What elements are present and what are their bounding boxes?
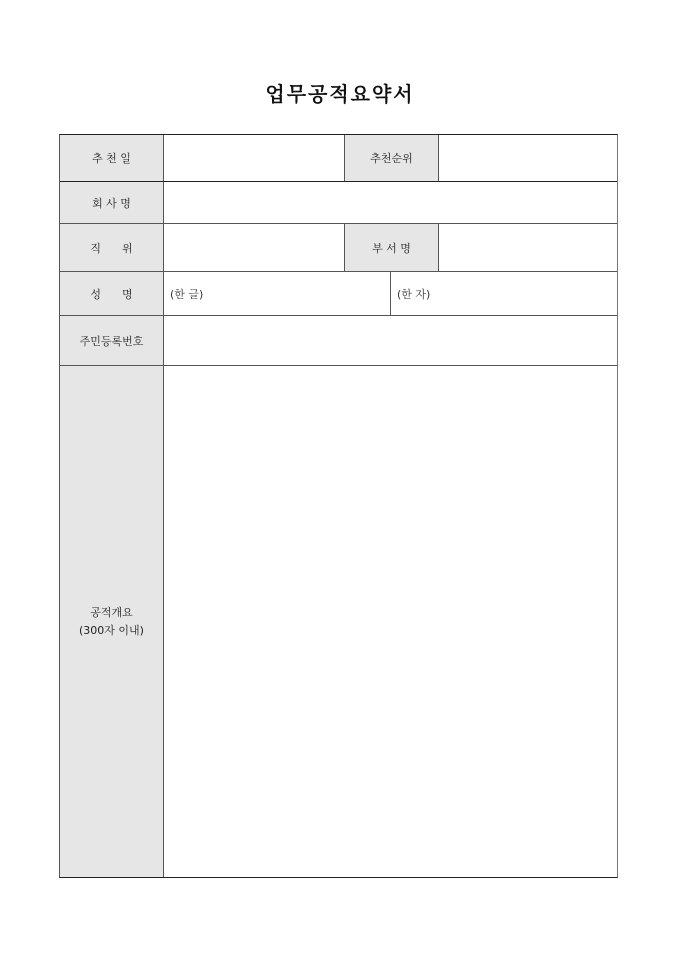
achievement-summary-label: 공적개요 (300자 이내) (60, 366, 164, 877)
recommend-rank-field[interactable] (439, 135, 617, 181)
achievement-summary-field[interactable] (164, 366, 617, 877)
position-field[interactable] (164, 224, 344, 271)
recommend-date-field[interactable] (164, 135, 344, 181)
row-name: 성 명 (한 글) (한 자) (60, 272, 617, 316)
document-title: 업무공적요약서 (0, 78, 680, 107)
row-recommend: 추 천 일 추천순위 (60, 135, 617, 182)
name-label: 성 명 (60, 272, 164, 315)
department-label: 부 서 명 (344, 224, 439, 271)
name-hanja-field[interactable]: (한 자) (390, 272, 617, 315)
name-hanja-placeholder: (한 자) (397, 286, 430, 302)
resident-number-field[interactable] (164, 316, 617, 365)
row-resident-number: 주민등록번호 (60, 316, 617, 366)
row-achievement-summary: 공적개요 (300자 이내) (60, 366, 617, 877)
recommend-date-label: 추 천 일 (60, 135, 164, 181)
company-name-label: 회 사 명 (60, 182, 164, 223)
row-position: 직 위 부 서 명 (60, 224, 617, 272)
recommend-rank-label: 추천순위 (344, 135, 439, 181)
name-hangul-placeholder: (한 글) (170, 286, 203, 302)
department-field[interactable] (439, 224, 617, 271)
company-name-field[interactable] (164, 182, 617, 223)
position-label: 직 위 (60, 224, 164, 271)
name-hangul-field[interactable]: (한 글) (164, 272, 390, 315)
resident-number-label: 주민등록번호 (60, 316, 164, 365)
achievement-summary-form: 추 천 일 추천순위 회 사 명 직 위 부 서 명 성 명 (한 글) (59, 134, 618, 878)
row-company: 회 사 명 (60, 182, 617, 224)
